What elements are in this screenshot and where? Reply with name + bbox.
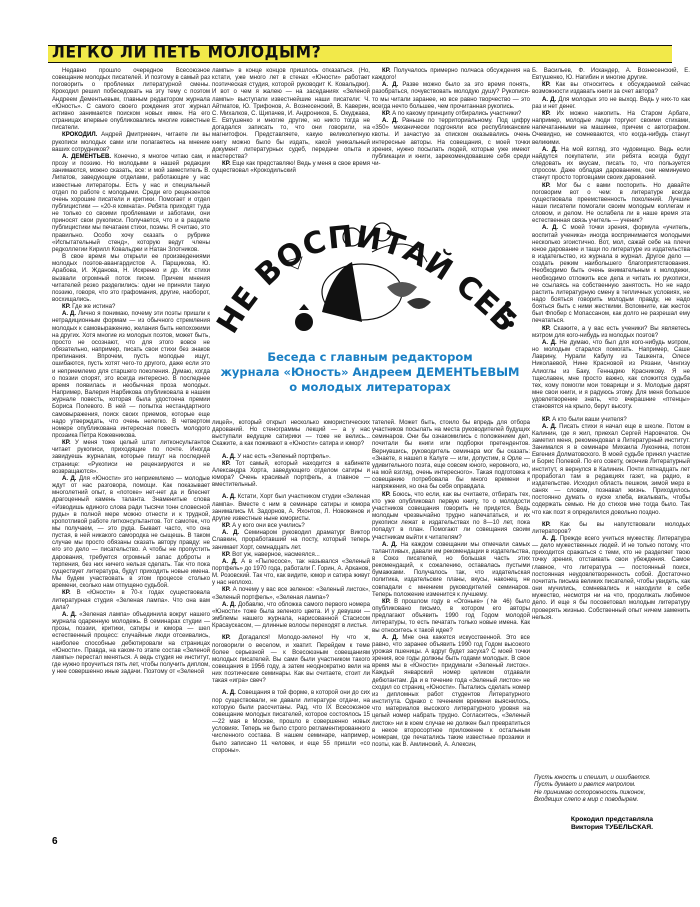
- question-paragraph: КР. Как бы вы напутствовали молодых лите…: [532, 522, 690, 536]
- speaker-label: КР.: [542, 326, 551, 332]
- question-paragraph: КР. Боюсь, что если, как вы считаете, от…: [372, 492, 530, 542]
- answer-paragraph: А. Д. На каждом совещании мы отмечали са…: [372, 542, 530, 599]
- credit-line: Виктория ТУБЕЛЬСКАЯ.: [532, 824, 692, 832]
- question-paragraph: КР. Получалось примерно полчаса обсужден…: [372, 68, 530, 82]
- answer-paragraph: А. Д. Писать стихи я начал еще в школе. …: [532, 424, 690, 517]
- subhead-line: журнала «Юность» Андреем ДЕМЕНТЬЕВЫМ: [212, 365, 528, 380]
- speaker-label: КР.: [222, 635, 231, 641]
- question-paragraph: КР. А у кого они все учились?: [212, 523, 370, 530]
- question-paragraph: КР. В «Юности» в 70-х годах существовала…: [52, 590, 210, 611]
- speaker-label: А. ДЕМЕНТЬЕВ.: [62, 154, 111, 160]
- speaker-label: А. Д.: [542, 225, 558, 231]
- answer-paragraph: А. Д. А в «Пылесосе», так назывался «Зел…: [212, 559, 370, 588]
- speaker-label: КР.: [542, 111, 551, 117]
- answer-paragraph: А. Д. Лично я понимаю, почему эти поэты …: [52, 311, 210, 440]
- question-paragraph: КР. У меня тоже целый штат литконсультан…: [52, 440, 210, 476]
- speaker-label: КР.: [222, 523, 231, 529]
- question-paragraph: КР. Мог бы с вами поспорить. Но давайте …: [532, 183, 690, 226]
- speaker-label: А. Д.: [62, 476, 77, 482]
- cartoon-illustration: НЕ ВОСПИТАЙ СЕБЕ НАХЛЕБНИКА!..: [212, 192, 528, 348]
- speaker-label: КР.: [222, 552, 231, 558]
- answer-paragraph: В свое время мы открыли ее произведениям…: [52, 254, 210, 304]
- speaker-label: А. Д.: [382, 542, 397, 548]
- question-paragraph: КРОКОДИЛ. Андрей Дмитриевич, читаете ли …: [52, 132, 210, 153]
- speaker-label: А. Д.: [542, 536, 557, 542]
- speaker-label: КР.: [382, 111, 391, 117]
- epigraph-poem: Пусть юность и спешит, и ошибается. Пуст…: [534, 774, 690, 803]
- speaker-label: А. Д.: [542, 97, 556, 103]
- answer-paragraph: А. ДЕМЕНТЬЕВ. Конечно, я многое читаю са…: [52, 154, 210, 254]
- answer-paragraph: тателей. Может быть, стоило бы впредь дл…: [372, 420, 530, 492]
- speaker-label: А. Д.: [62, 311, 76, 317]
- question-paragraph: КР. А кто были ваши учителя?: [532, 417, 690, 424]
- speaker-label: А. Д.: [542, 424, 557, 430]
- author-credit: Крокодил представляла Виктория ТУБЕЛЬСКА…: [532, 816, 692, 832]
- question-paragraph: КР. Как вы относитесь к обсуждаемой сейч…: [532, 82, 690, 96]
- speaker-label: КР.: [382, 68, 391, 74]
- poem-line: Не принимаю осторожность пижонок,: [534, 789, 690, 796]
- question-paragraph: КР. Догадался! Молодо-зелено! Ну что ж, …: [212, 635, 370, 685]
- speaker-label: А. Д.: [222, 530, 239, 536]
- column-3-bottom: тателей. Может быть, стоило бы впредь дл…: [372, 420, 530, 828]
- speaker-label: КР.: [62, 304, 71, 310]
- question-paragraph: КР. Тот самый, который находится в кабин…: [212, 461, 370, 490]
- answer-paragraph: А. Д. Прежде всего учиться мужеству. Лит…: [532, 536, 690, 622]
- speaker-label: А. Д.: [382, 635, 398, 641]
- answer-paragraph: А. Д. Семинаром руководил драматург Викт…: [212, 530, 370, 551]
- speaker-label: А. Д.: [222, 454, 236, 460]
- subhead-line: Беседа с главным редактором: [212, 350, 528, 365]
- answer-paragraph: лампы» в конце концов пришлось отказатьс…: [212, 68, 370, 161]
- answer-paragraph: Б. Васильев, Ф. Искандер, А. Вознесенски…: [532, 68, 690, 82]
- speaker-label: А. Д.: [222, 602, 236, 608]
- answer-paragraph: А. Д. У нас есть «Зеленый портфель».: [212, 454, 370, 461]
- answer-paragraph: А. Д. Разве можно было за это время поня…: [372, 82, 530, 111]
- magazine-page: ЛЕГКО ЛИ ПЕТЬ МОЛОДЫМ? Недавно прошло оч…: [0, 0, 700, 907]
- page-number: 6: [52, 836, 58, 847]
- speaker-label: КР.: [382, 599, 391, 605]
- speaker-label: КР.: [62, 590, 71, 596]
- answer-paragraph: А. Д. Раньше по территориальному. Под ци…: [372, 118, 530, 168]
- answer-paragraph: А. Д. Для «Юности» это неприемлемо — мол…: [52, 476, 210, 591]
- speaker-label: А. Д.: [382, 82, 398, 88]
- question-paragraph: КР. Еще как представляю! Ведь у меня в с…: [212, 161, 370, 175]
- question-paragraph: КР. В прошлом году в «Огоньке» (№ 46) бы…: [372, 599, 530, 635]
- speaker-label: А. Д.: [62, 612, 77, 618]
- speaker-label: КР.: [542, 417, 551, 423]
- speaker-label: А. Д.: [222, 559, 238, 565]
- speaker-label: КР.: [62, 440, 71, 446]
- headline-text: НЕ ВОСПИТАЙ СЕБЕ НАХЛЕБНИКА!..: [212, 192, 524, 340]
- speaker-label: КР.: [542, 82, 551, 88]
- credit-line: Крокодил представляла: [532, 816, 692, 824]
- speaker-label: КР.: [222, 161, 231, 167]
- speaker-label: А. Д.: [542, 340, 557, 346]
- answer-paragraph: А. Д. Совещания в той форме, в которой о…: [212, 690, 370, 754]
- cartoon-icon: НЕ ВОСПИТАЙ СЕБЕ НАХЛЕБНИКА!..: [212, 192, 528, 348]
- article-subheading: Беседа с главным редактором журнала «Юно…: [212, 350, 528, 395]
- column-4: Б. Васильев, Ф. Искандер, А. Вознесенски…: [532, 68, 690, 768]
- question-paragraph: КР. Их можно накопить. На Старом Арбате,…: [532, 111, 690, 147]
- speaker-label: КР.: [542, 183, 551, 189]
- speaker-label: А. Д.: [222, 690, 236, 696]
- speaker-label: А. Д.: [542, 147, 558, 153]
- column-3-top: КР. Получалось примерно полчаса обсужден…: [372, 68, 530, 186]
- poem-line: Пусть юность и спешит, и ошибается.: [534, 774, 690, 781]
- speaker-label: КР.: [382, 492, 391, 498]
- question-paragraph: КР. А по какому принципу отбирались учас…: [372, 111, 530, 118]
- question-paragraph: КР. А почему у вас все зеленое: «Зеленый…: [212, 587, 370, 601]
- answer-paragraph: А. Д. С моей точки зрения, формула «учит…: [532, 225, 690, 325]
- answer-paragraph: А. Д. Добавлю, что обложка самого первог…: [212, 602, 370, 631]
- answer-paragraph: А. Д. На мой взгляд, это чудовищно. Ведь…: [532, 147, 690, 183]
- answer-paragraph: А. Д. Мне она кажется искусственной. Это…: [372, 635, 530, 750]
- intro-paragraph: Недавно прошло очередное Всесоюзное сове…: [52, 68, 210, 132]
- answer-paragraph: лицей», который открыл несколько юморист…: [212, 420, 370, 449]
- question-paragraph: КР. Где же истина?: [52, 304, 210, 311]
- answer-paragraph: А. Д. Не думаю, что был для кого-нибудь …: [532, 340, 690, 412]
- article-title: ЛЕГКО ЛИ ПЕТЬ МОЛОДЫМ?: [52, 42, 321, 61]
- question-paragraph: КР. Скажите, а у вас есть ученики? Вы яв…: [532, 326, 690, 340]
- speaker-label: КР.: [222, 461, 231, 467]
- poem-line: Входящих слепо в мир с поводырем.: [534, 796, 690, 803]
- speaker-label: КРОКОДИЛ.: [62, 132, 97, 138]
- answer-paragraph: А. Д. Кстати, Хорт был участником студии…: [212, 494, 370, 523]
- speaker-label: КР.: [542, 522, 551, 528]
- speaker-label: А. Д.: [382, 118, 398, 124]
- column-2-top: лампы» в конце концов пришлось отказатьс…: [212, 68, 370, 186]
- poem-line: Пусть думает и рвется напролом.: [534, 781, 690, 788]
- question-paragraph: КР. Вот уж, наверное, насмеялся...: [212, 552, 370, 559]
- subhead-line: о молодых литераторах: [212, 380, 528, 395]
- column-2-bottom: лицей», который открыл несколько юморист…: [212, 420, 370, 828]
- svg-text:НЕ ВОСПИТАЙ СЕБЕ НАХЛЕБНИКА!..: НЕ ВОСПИТАЙ СЕБЕ НАХЛЕБНИКА!..: [212, 192, 524, 340]
- speaker-label: КР.: [222, 587, 231, 593]
- answer-paragraph: А. Д. «Зеленая лампа» объединила вокруг …: [52, 612, 210, 676]
- answer-paragraph: А. Д. Для молодых это не выход. Ведь у н…: [532, 97, 690, 111]
- speaker-label: А. Д.: [222, 494, 236, 500]
- column-1: Недавно прошло очередное Всесоюзное сове…: [52, 68, 210, 832]
